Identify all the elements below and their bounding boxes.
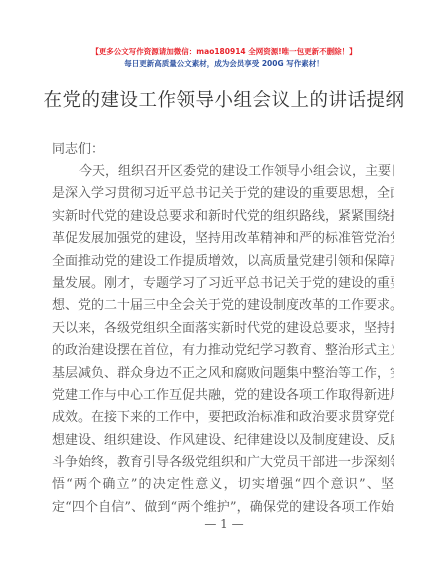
body-line: 是深入学习贯彻习近平总书记关于党的建设的重要思想，全面落: [52, 183, 394, 205]
body-line: 革促发展加强党的建设，坚持用改革精神和严的标准管党治党，: [52, 228, 394, 250]
body-line: 党建工作与中心工作互促共融，党的建设各项工作取得新进展新: [52, 385, 394, 407]
body-line: 想、党的二十届三中全会关于党的建设制度改革的工作要求。今: [52, 295, 394, 317]
document-body: 今天，组织召开区委党的建设工作领导小组会议，主要目的 是深入学习贯彻习近平总书记…: [52, 161, 394, 519]
document-title: 在党的建设工作领导小组会议上的讲话提纲: [0, 89, 448, 113]
body-line: 实新时代党的建设总要求和新时代党的组织路线，紧紧围绕抓改: [52, 206, 394, 228]
body-line: 今天，组织召开区委党的建设工作领导小组会议，主要目的: [52, 161, 394, 183]
body-line: 悟“两个确立”的决定性意义，切实增强“四个意识”、坚: [52, 474, 394, 496]
body-line: 定“四个自信”、做到“两个维护”，确保党的建设各项工作始: [52, 497, 394, 519]
greeting: 同志们：: [52, 141, 104, 159]
body-line: 斗争始终，教育引导各级党组织和广大党员干部进一步深刻领: [52, 452, 394, 474]
body-line: 天以来，各级党组织全面落实新时代党的建设总要求，坚持把党: [52, 318, 394, 340]
body-line: 基层减负、群众身边不正之风和腐败问题集中整治等工作，实现: [52, 363, 394, 385]
promo-banner-membership: 每日更新高质量公文素材，成为会员享受 200G 写作素材！: [0, 59, 448, 69]
promo-banner-wechat: 【更多公文写作资源请加微信：mao180914 全网资源!唯一包更新不删除！】: [0, 47, 448, 57]
body-line: 的政治建设摆在首位，有力推动党纪学习教育、整治形式主义为: [52, 340, 394, 362]
body-line: 全面推动党的建设工作提质增效，以高质量党建引领和保障高质: [52, 251, 394, 273]
page-number: — 1 —: [0, 517, 448, 531]
body-line: 量发展。刚才，专题学习了习近平总书记关于党的建设的重要思: [52, 273, 394, 295]
body-line: 想建设、组织建设、作风建设、纪律建设以及制度建设、反腐败: [52, 430, 394, 452]
body-line: 成效。在接下来的工作中，要把政治标准和政治要求贯穿党的思: [52, 407, 394, 429]
